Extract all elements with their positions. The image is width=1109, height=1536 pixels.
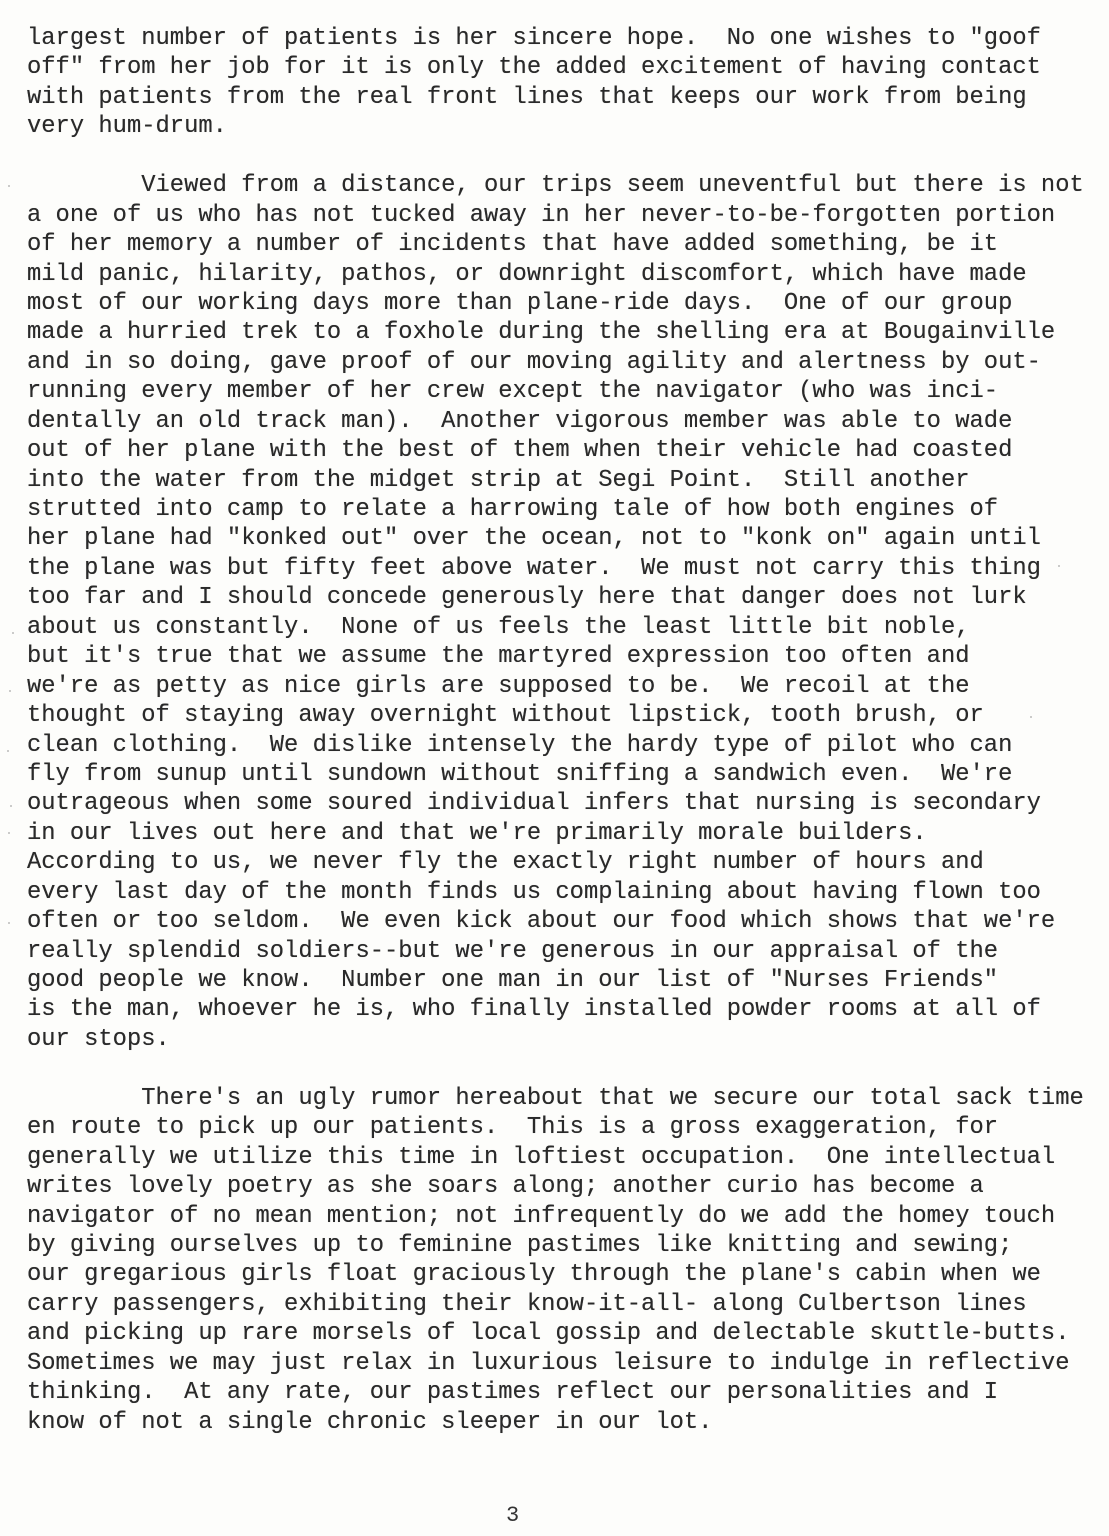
paper-speck [7, 750, 9, 752]
text-line: with patients from the real front lines … [27, 83, 1084, 112]
text-line: often or too seldom. We even kick about … [27, 907, 1084, 936]
text-line: into the water from the midget strip at … [27, 466, 1084, 495]
text-line: There's an ugly rumor hereabout that we … [27, 1084, 1084, 1113]
text-line: outrageous when some soured individual i… [27, 789, 1084, 818]
text-line: writes lovely poetry as she soars along;… [27, 1172, 1084, 1201]
text-line: running every member of her crew except … [27, 377, 1084, 406]
text-line: generally we utilize this time in loftie… [27, 1143, 1084, 1172]
paragraph: Viewed from a distance, our trips seem u… [27, 171, 1084, 1054]
paper-speck [9, 690, 11, 692]
text-line: her plane had "konked out" over the ocea… [27, 524, 1084, 553]
text-line: navigator of no mean mention; not infreq… [27, 1202, 1084, 1231]
text-line: but it's true that we assume the martyre… [27, 642, 1084, 671]
text-line: thought of staying away overnight withou… [27, 701, 1084, 730]
text-line: clean clothing. We dislike intensely the… [27, 731, 1084, 760]
paper-speck [8, 185, 10, 187]
text-line: know of not a single chronic sleeper in … [27, 1408, 1084, 1437]
text-line: our gregarious girls float graciously th… [27, 1260, 1084, 1289]
text-line: Viewed from a distance, our trips seem u… [27, 171, 1084, 200]
text-line: made a hurried trek to a foxhole during … [27, 318, 1084, 347]
paper-speck [1058, 565, 1060, 567]
paragraph: There's an ugly rumor hereabout that we … [27, 1084, 1084, 1437]
text-line: fly from sunup until sundown without sni… [27, 760, 1084, 789]
text-line: a one of us who has not tucked away in h… [27, 201, 1084, 230]
text-line: and in so doing, gave proof of our movin… [27, 348, 1084, 377]
paragraph: largest number of patients is her sincer… [27, 24, 1084, 142]
text-line: the plane was but fifty feet above water… [27, 554, 1084, 583]
paper-speck [1030, 716, 1032, 718]
text-line: out of her plane with the best of them w… [27, 436, 1084, 465]
document-page: largest number of patients is her sincer… [0, 0, 1109, 1536]
text-line: most of our working days more than plane… [27, 289, 1084, 318]
text-line: good people we know. Number one man in o… [27, 966, 1084, 995]
page-number: 3 [506, 1503, 519, 1528]
text-line: en route to pick up our patients. This i… [27, 1113, 1084, 1142]
text-line: strutted into camp to relate a harrowing… [27, 495, 1084, 524]
text-line: mild panic, hilarity, pathos, or downrig… [27, 260, 1084, 289]
text-line: in our lives out here and that we're pri… [27, 819, 1084, 848]
paper-speck [10, 805, 12, 807]
text-line: by giving ourselves up to feminine pasti… [27, 1231, 1084, 1260]
text-line: really splendid soldiers--but we're gene… [27, 937, 1084, 966]
paper-speck [8, 832, 10, 834]
text-line: very hum-drum. [27, 112, 1084, 141]
text-line: of her memory a number of incidents that… [27, 230, 1084, 259]
text-line: thinking. At any rate, our pastimes refl… [27, 1378, 1084, 1407]
text-line: largest number of patients is her sincer… [27, 24, 1084, 53]
body-text: largest number of patients is her sincer… [27, 24, 1084, 1437]
text-line: carry passengers, exhibiting their know-… [27, 1290, 1084, 1319]
text-line: is the man, whoever he is, who finally i… [27, 995, 1084, 1024]
paragraph-gap [27, 1054, 1084, 1083]
text-line: too far and I should concede generously … [27, 583, 1084, 612]
text-line: Sometimes we may just relax in luxurious… [27, 1349, 1084, 1378]
text-line: our stops. [27, 1025, 1084, 1054]
text-line: off" from her job for it is only the add… [27, 53, 1084, 82]
text-line: and picking up rare morsels of local gos… [27, 1319, 1084, 1348]
paper-speck [8, 922, 10, 924]
paragraph-gap [27, 142, 1084, 171]
text-line: every last day of the month finds us com… [27, 878, 1084, 907]
text-line: we're as petty as nice girls are suppose… [27, 672, 1084, 701]
text-line: about us constantly. None of us feels th… [27, 613, 1084, 642]
paper-speck [12, 632, 14, 634]
text-line: According to us, we never fly the exactl… [27, 848, 1084, 877]
text-line: dentally an old track man). Another vigo… [27, 407, 1084, 436]
